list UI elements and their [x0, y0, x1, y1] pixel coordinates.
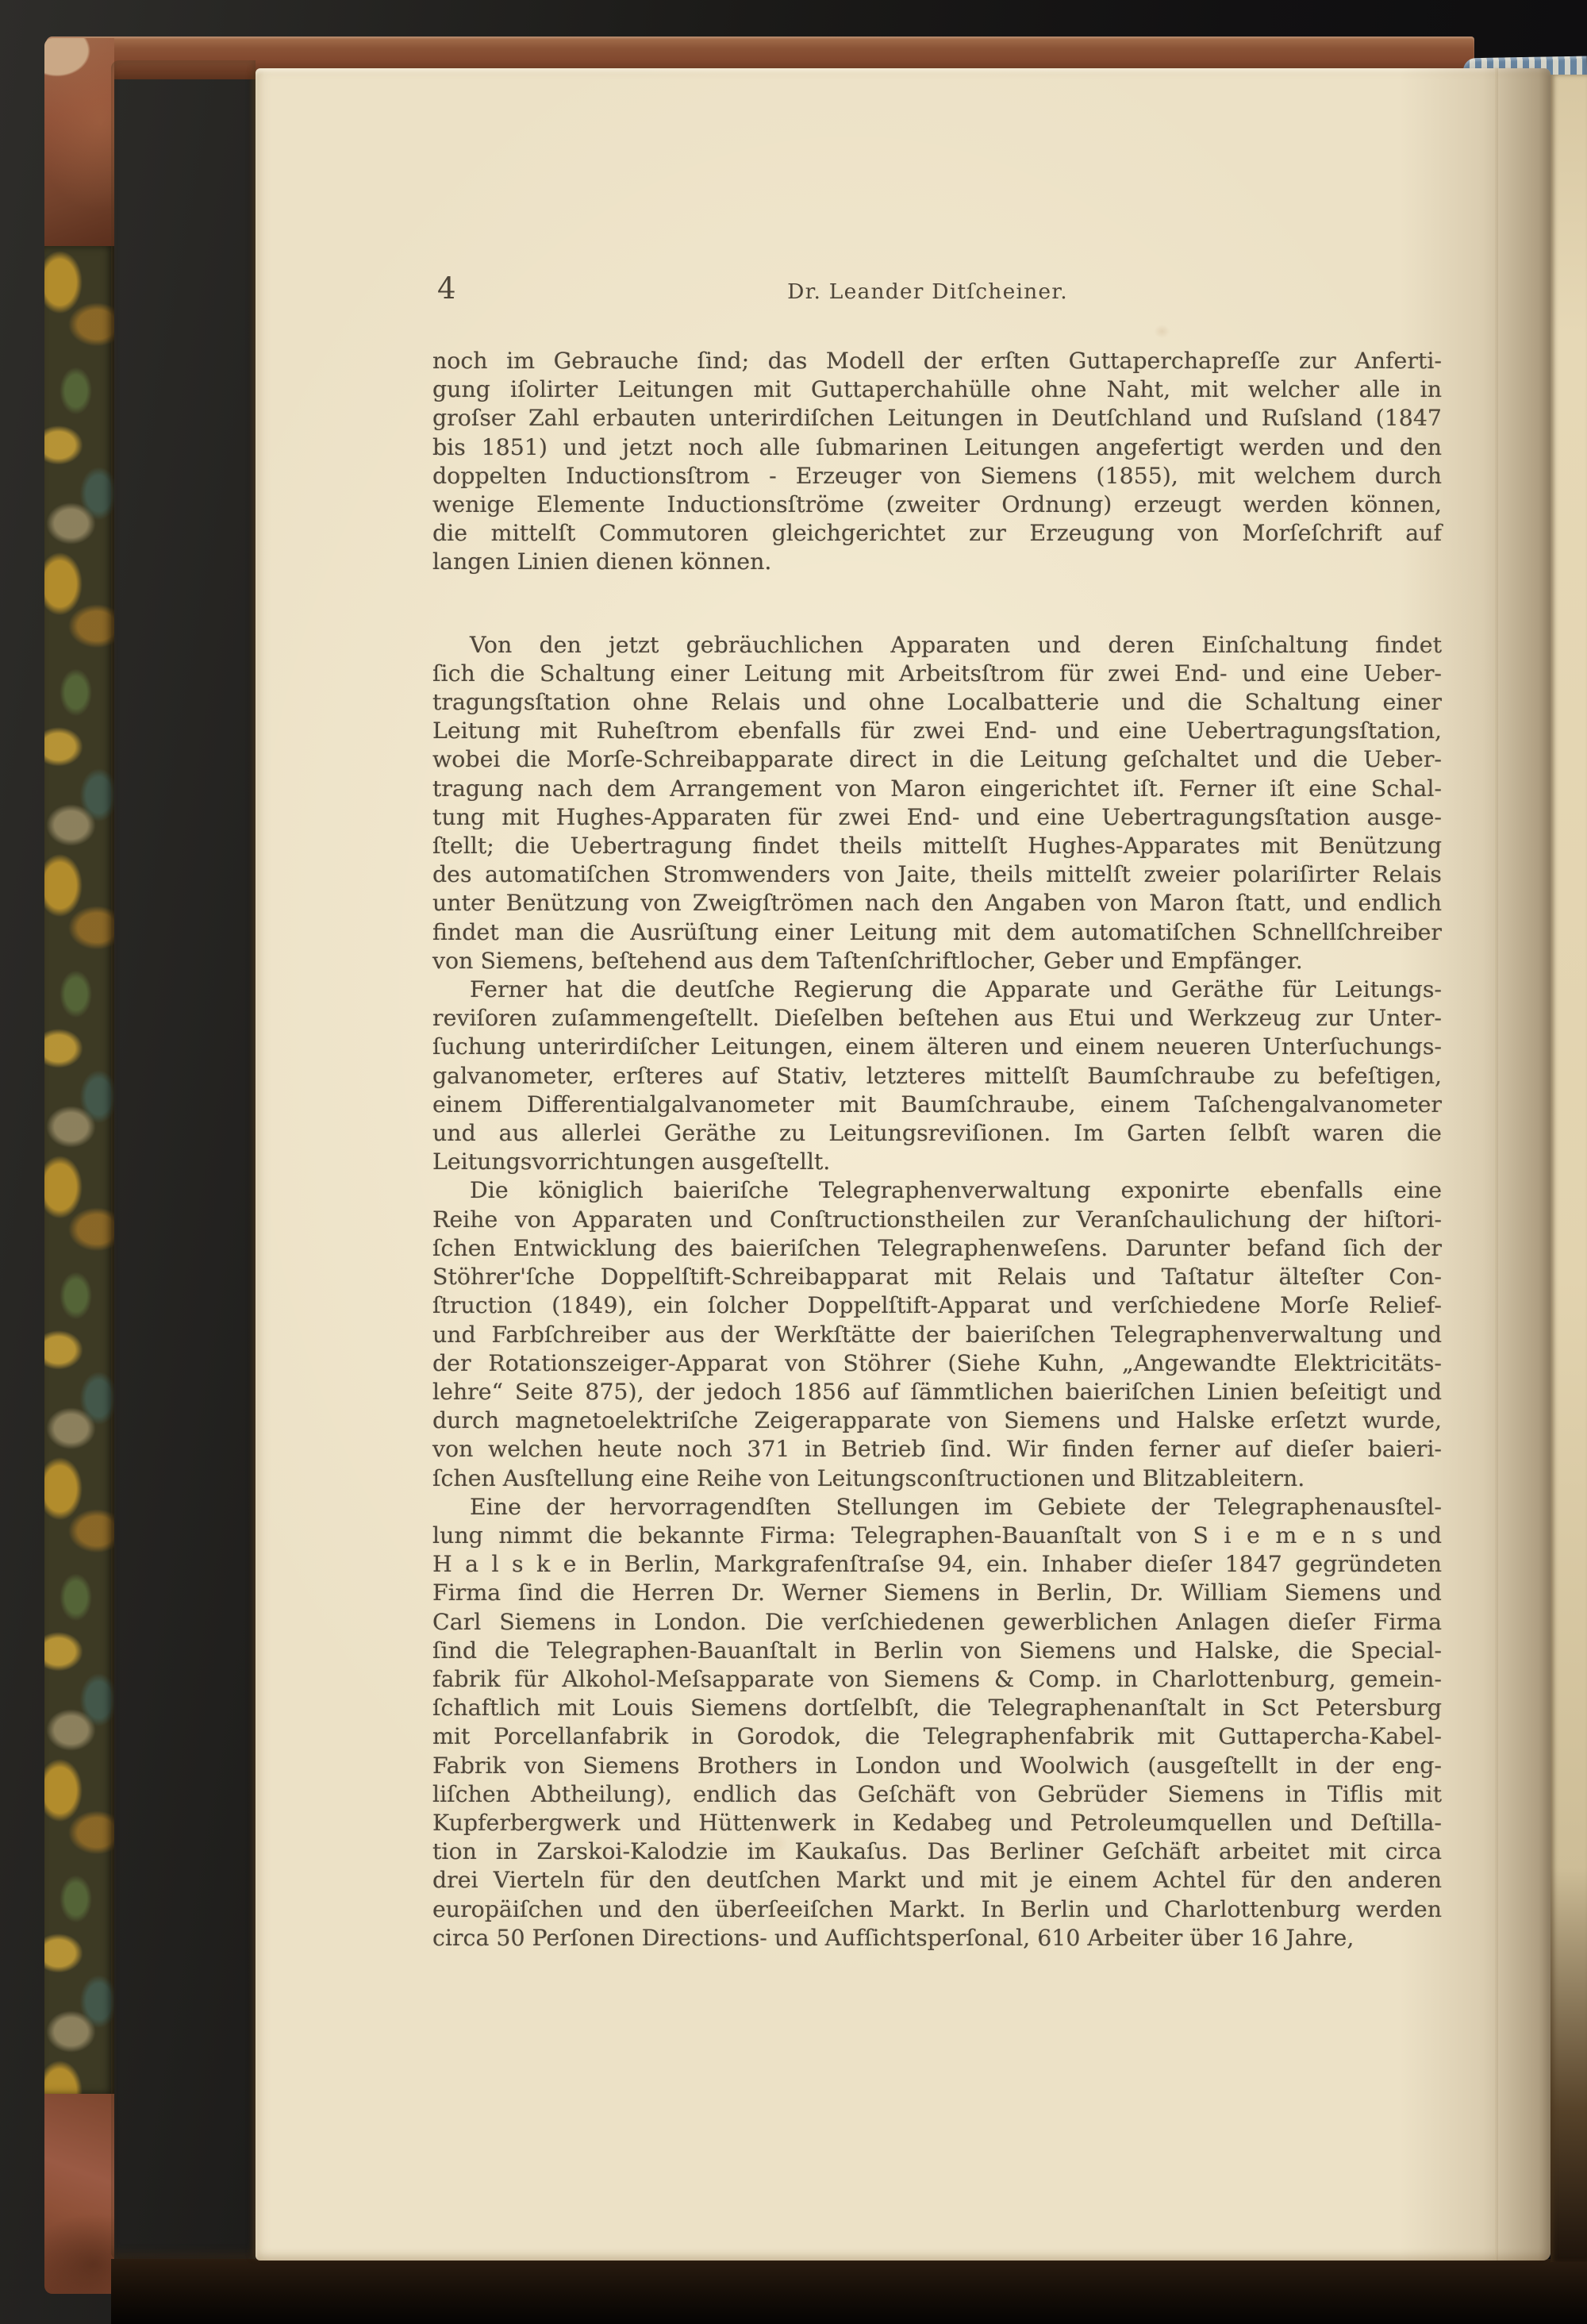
paragraph: Die königlich baieriſche Telegraphenverw… [432, 1176, 1442, 1492]
text-line: mit Porcellanfabrik in Gorodok, die Tele… [432, 1722, 1442, 1751]
text-line: von welchen heute noch 371 in Betrieb ſi… [432, 1435, 1442, 1464]
text-line: liſchen Abtheilung), endlich das Geſchäf… [432, 1780, 1442, 1809]
text-line: findet man die Ausrüſtung einer Leitung … [432, 918, 1442, 947]
text-line: tragung nach dem Arrangement von Maron e… [432, 775, 1442, 803]
scanner-background: { "colors": { "backdrop": "#161514", "pa… [0, 0, 1587, 2324]
text-line: lehre“ Seite 875), der jedoch 1856 auf ſ… [432, 1378, 1442, 1406]
text-line: die mittelſt Commutoren gleichgerichtet … [432, 519, 1442, 548]
text-line: fabrik für Alkohol-Meſsapparate von Siem… [432, 1665, 1442, 1694]
leather-corner-top-left [44, 38, 114, 246]
text-line: doppelten Inductionsſtrom - Erzeuger von… [432, 462, 1442, 491]
text-line: Leitungsvorrichtungen ausgeſtellt. [432, 1148, 1442, 1176]
text-line: von Siemens, beſtehend aus dem Taſtenſch… [432, 947, 1442, 975]
text-line: wobei die Morſe-Schreibapparate direct i… [432, 745, 1442, 774]
page-text: noch im Gebrauche ſind; das Modell der e… [432, 347, 1442, 1953]
text-line: Leitung mit Ruheſtrom ebenfalls für zwei… [432, 717, 1442, 745]
book-bottom-shadow [111, 2259, 1587, 2324]
leather-corner-bottom-left [44, 2094, 114, 2294]
text-line: H a l s k e in Berlin, Markgrafenſtraſse… [432, 1550, 1442, 1579]
book-page: 4 Dr. Leander Ditſcheiner. noch im Gebra… [256, 68, 1550, 2261]
text-line: lung nimmt die bekannte Firma: Telegraph… [432, 1522, 1442, 1550]
text-line: circa 50 Perſonen Directions- und Aufſic… [432, 1924, 1442, 1953]
text-line: ſich die Schaltung einer Leitung mit Arb… [432, 660, 1442, 688]
text-line: tion in Zarskoi-Kalodzie im Kaukaſus. Da… [432, 1837, 1442, 1866]
page-crease [1495, 68, 1498, 2261]
text-line: ſchen Entwicklung des baieriſchen Telegr… [432, 1234, 1442, 1263]
text-line: durch magnetoelektriſche Zeigerapparate … [432, 1406, 1442, 1435]
text-line: Stöhrer'ſche Doppelſtift-Schreibapparat … [432, 1263, 1442, 1291]
text-line: des automatiſchen Stromwenders von Jaite… [432, 860, 1442, 889]
paragraph: Eine der hervorragendſten Stellungen im … [432, 1493, 1442, 1953]
book-cover-left-edge [44, 38, 114, 2294]
page-header: 4 Dr. Leander Ditſcheiner. [432, 273, 1442, 308]
text-line: tung mit Hughes-Apparaten für zwei End- … [432, 803, 1442, 832]
text-line: ſuchung unterirdiſcher Leitungen, einem … [432, 1033, 1442, 1061]
next-page-edge [1550, 75, 1587, 2262]
text-line: ſind die Telegraphen-Bauanſtalt in Berli… [432, 1637, 1442, 1665]
text-line: Firma ſind die Herren Dr. Werner Siemens… [432, 1579, 1442, 1607]
paragraph: Ferner hat die deutſche Regierung die Ap… [432, 975, 1442, 1176]
text-line: Von den jetzt gebräuchlichen Apparaten u… [432, 631, 1442, 660]
text-line: Reihe von Apparaten und Conſtructionsthe… [432, 1206, 1442, 1234]
text-line: reviſoren zuſammengeſtellt. Dieſelben be… [432, 1004, 1442, 1033]
text-line: wenige Elemente Inductionsſtröme (zweite… [432, 491, 1442, 519]
book: 4 Dr. Leander Ditſcheiner. noch im Gebra… [0, 0, 1587, 2324]
text-line: ſchaftlich mit Louis Siemens dortſelbſt,… [432, 1694, 1442, 1722]
gutter-shadow [1400, 68, 1550, 2261]
text-line: der Rotationszeiger-Apparat von Stöhrer … [432, 1349, 1442, 1378]
text-line: bis 1851) und jetzt noch alle ſubmarinen… [432, 433, 1442, 462]
text-line: gung iſolirter Leitungen mit Guttapercha… [432, 375, 1442, 404]
text-line: Die königlich baieriſche Telegraphenverw… [432, 1176, 1442, 1205]
page-fore-edge [111, 60, 256, 2259]
text-line: unter Benützung von Zweigſtrömen nach de… [432, 889, 1442, 918]
text-line: galvanometer, erſteres auf Stativ, letzt… [432, 1062, 1442, 1091]
running-header: Dr. Leander Ditſcheiner. [432, 279, 1423, 304]
text-line: tragungsſtation ohne Relais und ohne Loc… [432, 688, 1442, 717]
text-line: europäiſchen und den überſeeiſchen Markt… [432, 1895, 1442, 1924]
text-line: Fabrik von Siemens Brothers in London un… [432, 1752, 1442, 1780]
text-line: Ferner hat die deutſche Regierung die Ap… [432, 975, 1442, 1004]
text-line: drei Vierteln für den deutſchen Markt un… [432, 1866, 1442, 1895]
text-line: groſser Zahl erbauten unterirdiſchen Lei… [432, 404, 1442, 433]
text-line: und Farbſchreiber aus der Werkſtätte der… [432, 1321, 1442, 1349]
text-line: Kupferbergwerk und Hüttenwerk in Kedabeg… [432, 1809, 1442, 1837]
text-line: ſchen Ausſtellung eine Reihe von Leitung… [432, 1464, 1442, 1493]
text-line: noch im Gebrauche ſind; das Modell der e… [432, 347, 1442, 375]
text-line: ſtruction (1849), ein ſolcher Doppelſtif… [432, 1291, 1442, 1320]
text-line: langen Linien dienen können. [432, 548, 1442, 576]
text-line: Carl Siemens in London. Die verſchiedene… [432, 1608, 1442, 1637]
paragraph: Von den jetzt gebräuchlichen Apparaten u… [432, 631, 1442, 975]
text-line: und aus allerlei Geräthe zu Leitungsrevi… [432, 1119, 1442, 1148]
text-line: ſtellt; die Uebertragung findet theils m… [432, 832, 1442, 860]
paragraph: noch im Gebrauche ſind; das Modell der e… [432, 347, 1442, 577]
text-line: einem Differentialgalvanometer mit Baumſ… [432, 1091, 1442, 1119]
marbled-cover-paper [44, 246, 114, 2094]
text-line: Eine der hervorragendſten Stellungen im … [432, 1493, 1442, 1522]
